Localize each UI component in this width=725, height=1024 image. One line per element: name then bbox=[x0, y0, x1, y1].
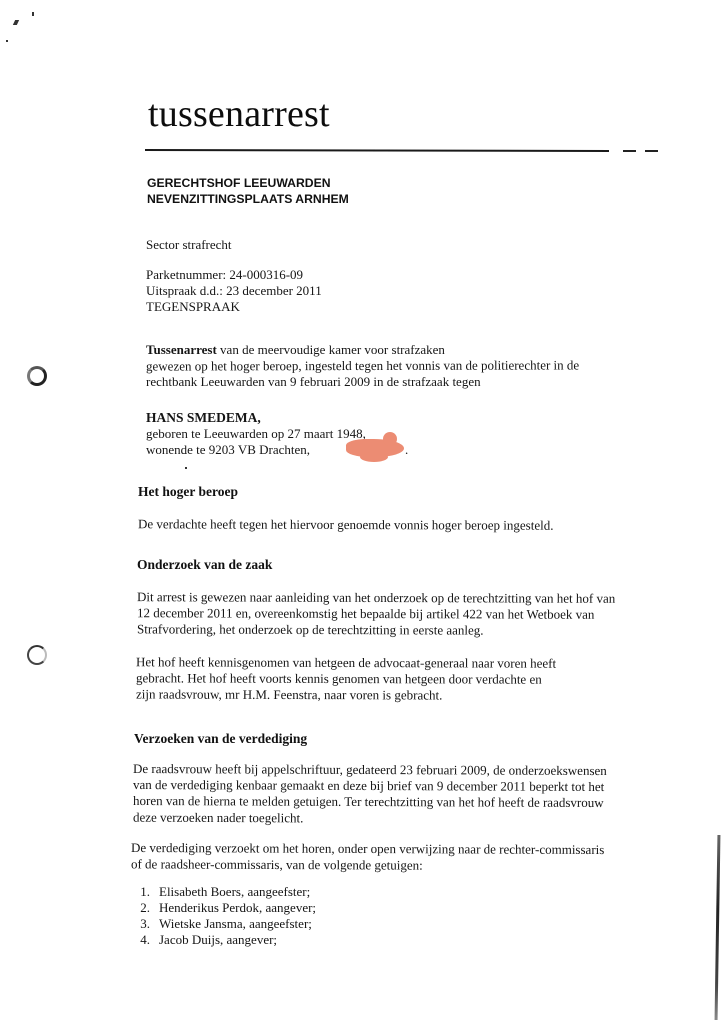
paragraph-line: Dit arrest is gewezen naar aanleiding va… bbox=[137, 589, 615, 606]
page-edge-shadow bbox=[715, 835, 721, 1020]
witness-name: Jacob Duijs, aangever; bbox=[159, 932, 277, 947]
paragraph-line: deze verzoeken nader toegelicht. bbox=[133, 810, 303, 826]
section-heading-onderzoek: Onderzoek van de zaak bbox=[137, 557, 272, 573]
defendant-residence: wonende te 9203 VB Drachten, bbox=[146, 442, 310, 458]
scan-speck bbox=[185, 467, 187, 469]
scan-speck bbox=[32, 12, 34, 16]
proceeding-type: TEGENSPRAAK bbox=[146, 299, 240, 315]
paragraph-line: Het hof heeft kennisgenomen van hetgeen … bbox=[136, 654, 556, 671]
intro-line-1: Tussenarrest van de meervoudige kamer vo… bbox=[146, 342, 445, 358]
scan-speck bbox=[6, 40, 8, 42]
court-name: GERECHTSHOF LEEUWARDEN bbox=[147, 175, 331, 191]
title-rule-dash bbox=[623, 150, 636, 152]
witness-list-item: 1.Elisabeth Boers, aangeefster; bbox=[128, 884, 310, 900]
paragraph-line: of de raadsheer-commissaris, van de volg… bbox=[131, 856, 423, 873]
section-heading-hoger-beroep: Het hoger beroep bbox=[138, 484, 238, 500]
paragraph-line: Strafvordering, het onderzoek op de tere… bbox=[137, 621, 484, 638]
witness-list-item: 2.Henderikus Perdok, aangever; bbox=[128, 900, 316, 916]
paragraph-line: zijn raadsvrouw, mr H.M. Feenstra, naar … bbox=[136, 686, 442, 703]
title-rule bbox=[145, 149, 609, 152]
paragraph-line: van de verdediging kenbaar gemaakt en de… bbox=[133, 777, 604, 795]
paragraph-line: horen van de hierna te melden getuigen. … bbox=[133, 793, 604, 811]
redaction-mark bbox=[360, 452, 388, 462]
defendant-birth: geboren te Leeuwarden op 27 maart 1948, bbox=[146, 426, 366, 442]
witness-number: 2. bbox=[128, 900, 150, 916]
witness-name: Elisabeth Boers, aangeefster; bbox=[159, 884, 310, 899]
redaction-mark bbox=[383, 432, 397, 446]
paragraph-line: 12 december 2011 en, overeenkomstig het … bbox=[137, 605, 594, 622]
witness-name: Wietske Jansma, aangeefster; bbox=[159, 916, 312, 931]
witness-list-item: 4.Jacob Duijs, aangever; bbox=[128, 932, 277, 948]
witness-name: Henderikus Perdok, aangever; bbox=[159, 900, 316, 915]
defendant-name: HANS SMEDEMA, bbox=[146, 410, 261, 426]
punch-hole-icon bbox=[27, 645, 47, 665]
sector: Sector strafrecht bbox=[146, 237, 232, 253]
paragraph-line: De verdediging verzoekt om het horen, on… bbox=[131, 840, 604, 858]
intro-line-2: gewezen op het hoger beroep, ingesteld t… bbox=[146, 357, 579, 374]
title-rule-dash bbox=[645, 150, 658, 152]
section-heading-verzoeken: Verzoeken van de verdediging bbox=[134, 731, 307, 747]
paragraph-line: De verdachte heeft tegen het hiervoor ge… bbox=[138, 516, 554, 533]
punch-hole-icon bbox=[27, 366, 47, 386]
witness-number: 4. bbox=[128, 932, 150, 948]
court-location: NEVENZITTINGSPLAATS ARNHEM bbox=[147, 191, 349, 207]
witness-number: 1. bbox=[128, 884, 150, 900]
witness-list-item: 3.Wietske Jansma, aangeefster; bbox=[128, 916, 312, 932]
paragraph-line: gebracht. Het hof heeft voorts kennis ge… bbox=[136, 670, 542, 687]
scan-speck bbox=[13, 20, 19, 25]
intro-rest: van de meervoudige kamer voor strafzaken bbox=[217, 342, 445, 357]
intro-line-3: rechtbank Leeuwarden van 9 februari 2009… bbox=[146, 374, 481, 390]
residence-end: . bbox=[405, 442, 408, 458]
document-title: tussenarrest bbox=[148, 92, 330, 136]
ruling-date: Uitspraak d.d.: 23 december 2011 bbox=[146, 283, 322, 299]
witness-number: 3. bbox=[128, 916, 150, 932]
case-number: Parketnummer: 24-000316-09 bbox=[146, 267, 303, 283]
paragraph-line: De raadsvrouw heeft bij appelschriftuur,… bbox=[133, 761, 607, 779]
intro-lead: Tussenarrest bbox=[146, 342, 217, 357]
